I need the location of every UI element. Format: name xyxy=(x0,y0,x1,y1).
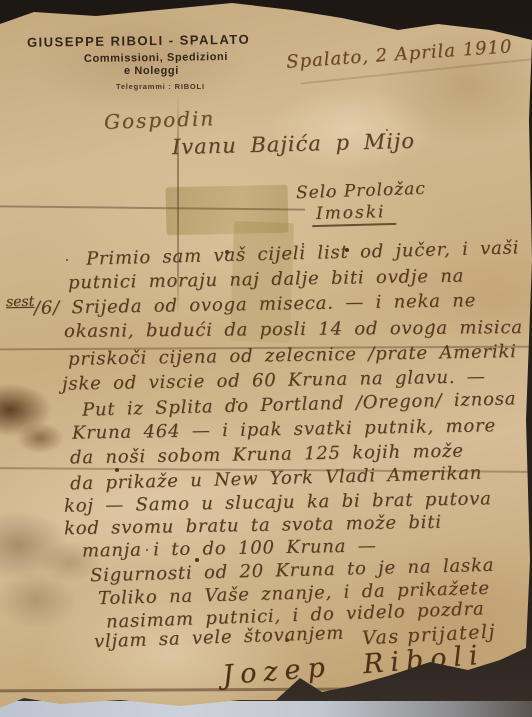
signature: Jozep Riboli xyxy=(221,640,486,692)
body-line: kod svomu bratu ta svota može biti xyxy=(64,512,442,540)
letterhead-services-line2: e Noleggi xyxy=(124,65,179,77)
letterhead-telegram-address: Telegrammi : RIBOLI xyxy=(116,82,205,91)
body-line: manja i to do 100 Kruna — xyxy=(82,535,377,561)
scanned-letter-page: { "colors": { "paper_base": "#cdb289", "… xyxy=(0,0,532,717)
letter-paper: GIUSEPPE RIBOLI - SPALATO Commissioni, S… xyxy=(0,0,532,717)
recipient-town-underlined: Imoski xyxy=(312,202,396,227)
diagonal-crease-top xyxy=(353,0,532,34)
body-line: priskoči cijena od zelecnice /prate Amer… xyxy=(68,341,517,370)
recipient-village: Selo Proložac xyxy=(296,179,426,204)
body-line: Kruna 464 — i ipak svatki putnik, more xyxy=(72,415,496,443)
margin-note: sest xyxy=(6,294,35,310)
body-line: /6/ Srijeda od ovoga miseca. — i neka ne xyxy=(34,290,476,319)
body-line: okasni, budući da posli 14 od ovoga misi… xyxy=(64,317,523,342)
letterhead-services-line1: Commissioni, Spedizioni xyxy=(84,51,228,65)
letterhead-company-name: GIUSEPPE RIBOLI - SPALATO xyxy=(27,31,287,50)
recipient-salutation: Gospodin xyxy=(104,106,216,134)
body-line: putnici moraju naj dalje biti ovdje na xyxy=(68,266,464,294)
date-line: Spalato, 2 Aprila 1910 xyxy=(286,36,514,73)
recipient-name: Ivanu Bajića p Mijo xyxy=(172,129,416,159)
scanner-bed-strip xyxy=(0,701,532,717)
